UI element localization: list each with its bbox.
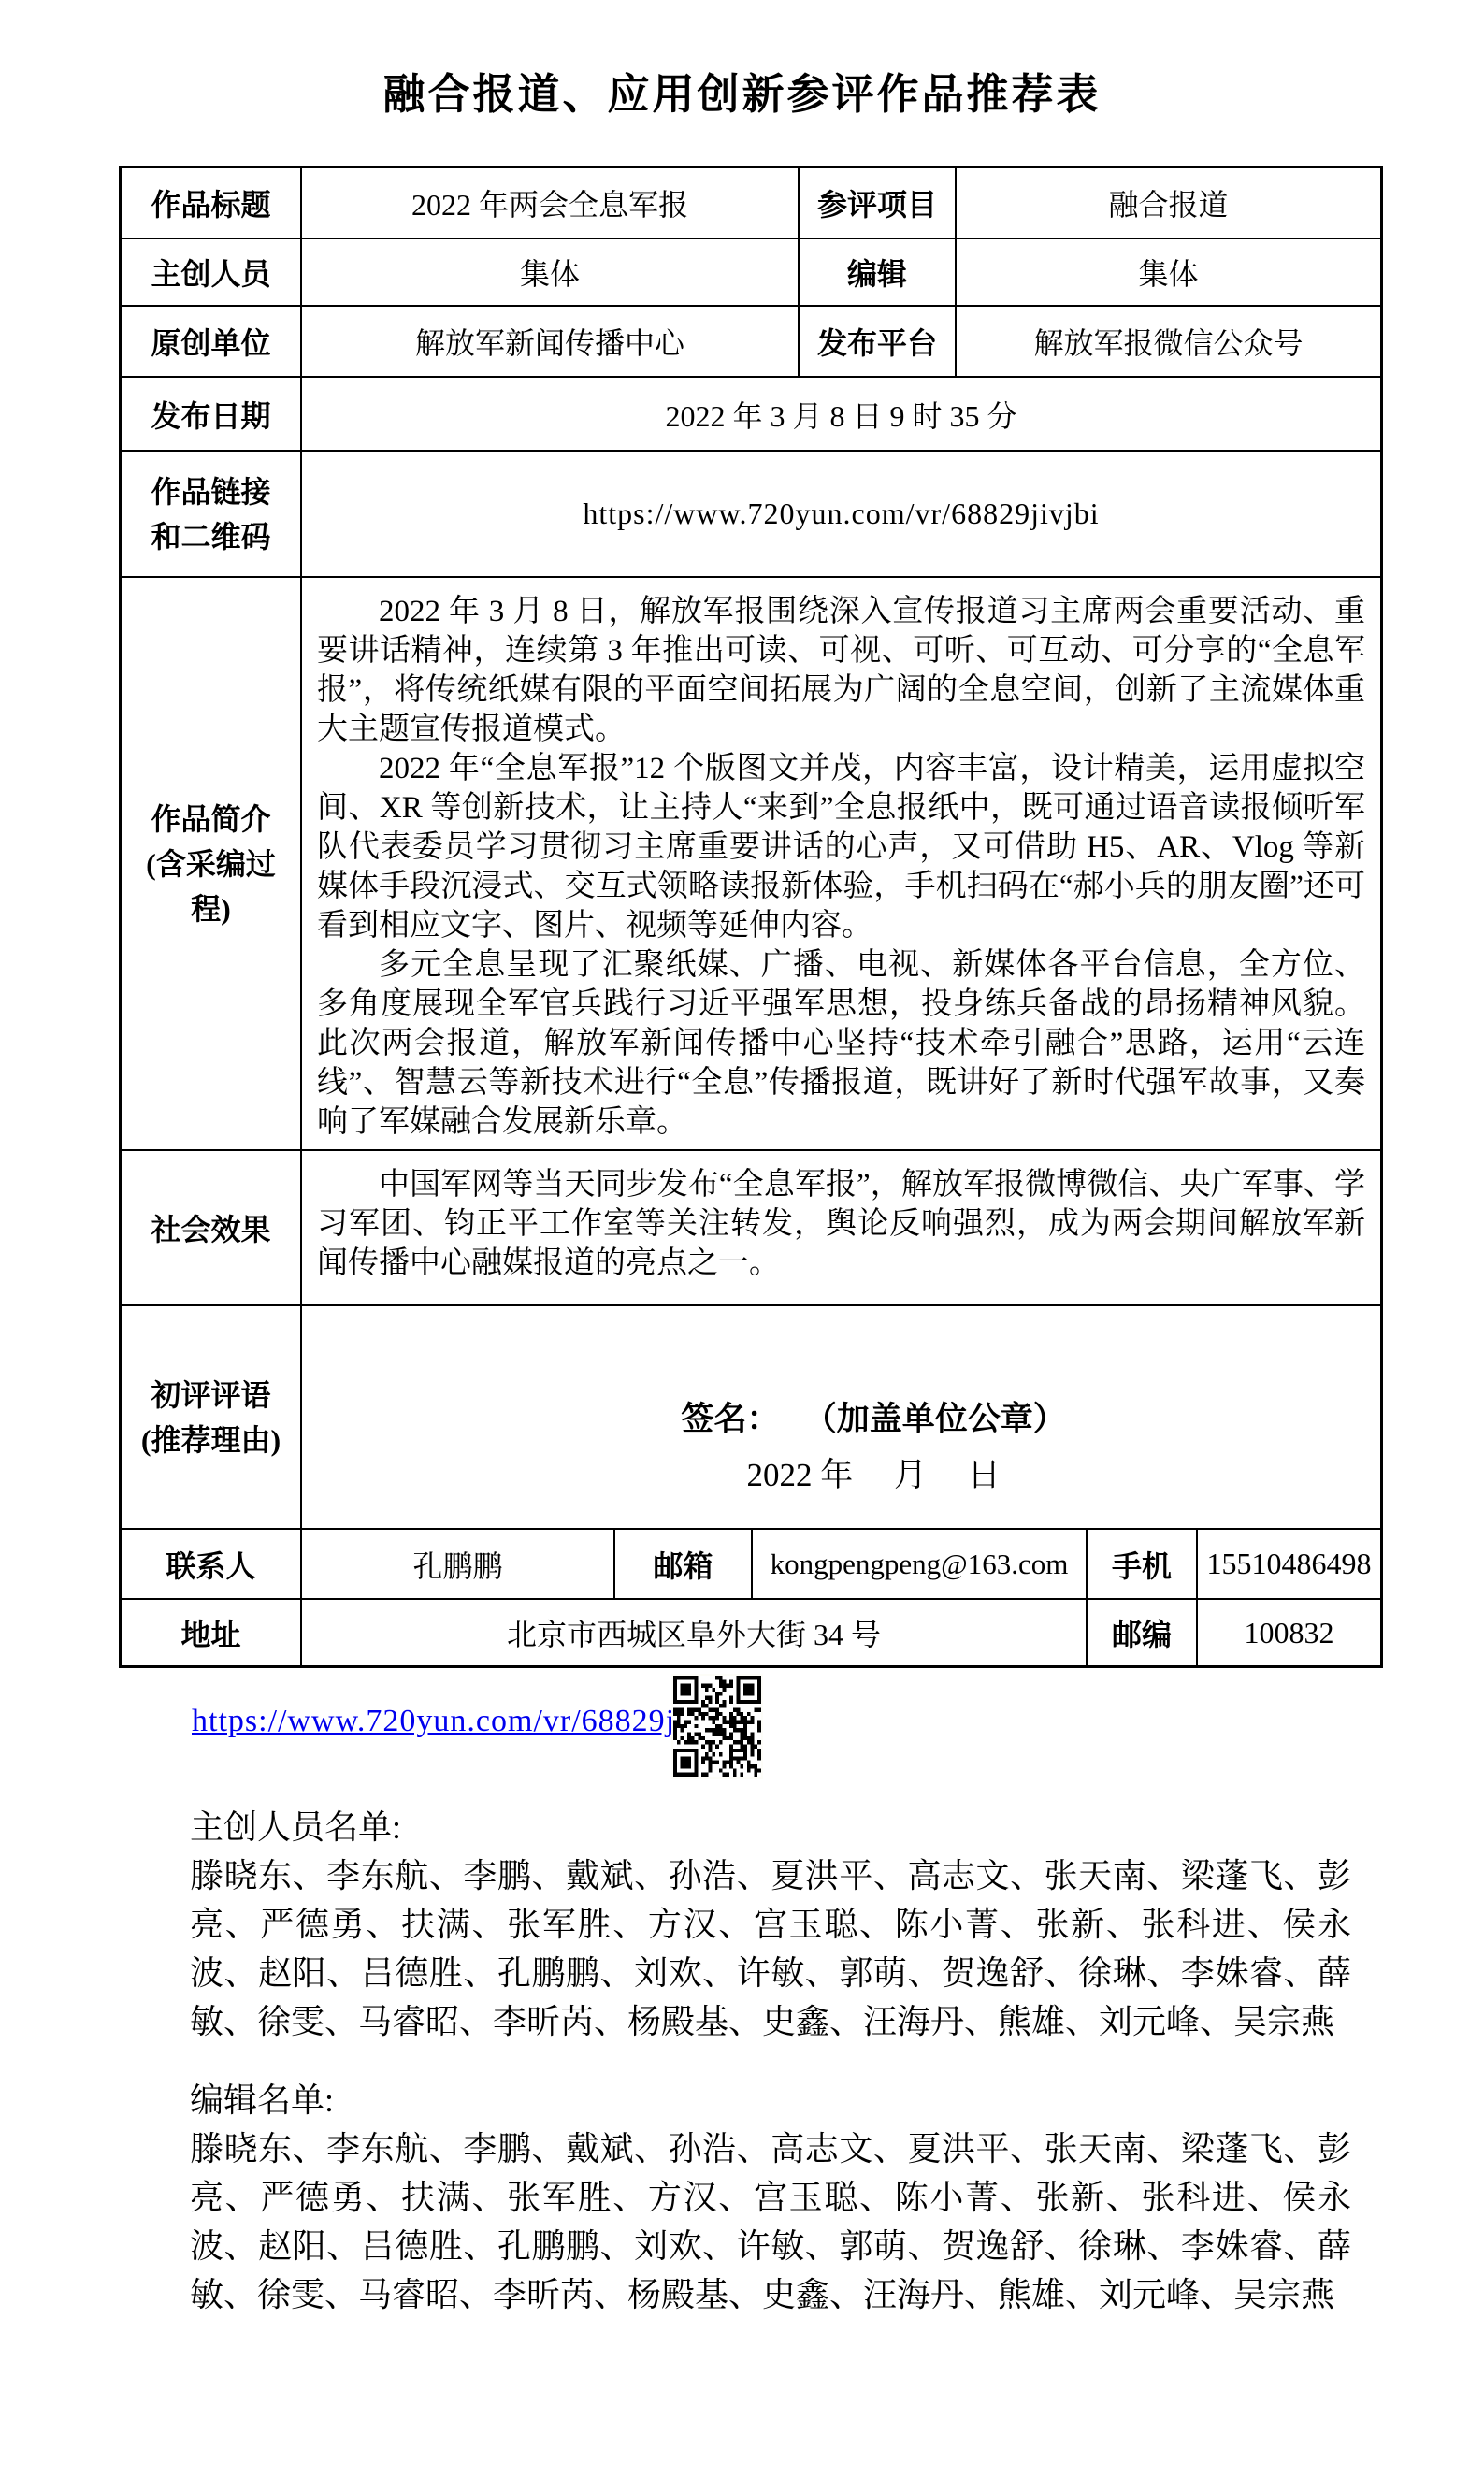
table-row: 作品链接 和二维码 https://www.720yun.com/vr/6882… <box>122 450 1380 576</box>
field-label-initial-review: 初评评语 (推荐理由) <box>122 1306 300 1528</box>
field-value-email: kongpengpeng@163.com <box>751 1530 1086 1598</box>
field-label-editor: 编辑 <box>798 239 955 305</box>
field-label-postcode: 邮编 <box>1086 1600 1196 1665</box>
table-row: 作品简介 (含采编过 程) 2022 年 3 月 8 日，解放军报围绕深入宣传报… <box>122 576 1380 1149</box>
credits-section: 主创人员名单: 滕晓东、李东航、李鹏、戴斌、孙浩、夏洪平、高志文、张天南、梁蓬飞… <box>190 1803 1351 2319</box>
field-value-original-unit: 解放军新闻传播中心 <box>300 307 798 376</box>
editors-list-heading: 编辑名单: <box>190 2076 1351 2124</box>
field-label-mobile: 手机 <box>1086 1530 1196 1598</box>
table-row: 原创单位 解放军新闻传播中心 发布平台 解放军报微信公众号 <box>122 305 1380 376</box>
recommendation-form-table: 作品标题 2022 年两会全息军报 参评项目 融合报道 主创人员 集体 编辑 集… <box>119 166 1383 1668</box>
field-label-email: 邮箱 <box>613 1530 751 1598</box>
summary-paragraph: 2022 年 3 月 8 日，解放军报围绕深入宣传报道习主席两会重要活动、重要讲… <box>317 592 1365 749</box>
field-label-social-effect: 社会效果 <box>122 1151 300 1304</box>
field-label-address: 地址 <box>122 1600 300 1665</box>
field-label-work-link: 作品链接 和二维码 <box>122 452 300 576</box>
field-label-entry-category: 参评项目 <box>798 168 955 238</box>
field-label-contact: 联系人 <box>122 1530 300 1598</box>
field-value-publish-platform: 解放军报微信公众号 <box>955 307 1380 376</box>
field-label-work-summary: 作品简介 (含采编过 程) <box>122 578 300 1149</box>
field-value-postcode: 100832 <box>1196 1600 1380 1665</box>
field-value-contact: 孔鹏鹏 <box>300 1530 613 1598</box>
field-label-original-unit: 原创单位 <box>122 307 300 376</box>
field-value-work-title: 2022 年两会全息军报 <box>300 168 798 238</box>
field-label-creators: 主创人员 <box>122 239 300 305</box>
summary-paragraph: 多元全息呈现了汇聚纸媒、广播、电视、新媒体各平台信息，全方位、多角度展现全军官兵… <box>317 945 1365 1142</box>
creators-list-heading: 主创人员名单: <box>190 1803 1351 1851</box>
table-row: 社会效果 中国军网等当天同步发布“全息军报”，解放军报微博微信、央广军事、学习军… <box>122 1149 1380 1304</box>
summary-paragraph: 2022 年“全息军报”12 个版图文并茂，内容丰富，设计精美，运用虚拟空间、X… <box>317 749 1365 945</box>
signature-line: 签名： （加盖单位公章） <box>626 1396 1121 1443</box>
table-row: 地址 北京市西城区阜外大街 34 号 邮编 100832 <box>122 1598 1380 1665</box>
field-label-work-title: 作品标题 <box>122 168 300 238</box>
page-title: 融合报道、应用创新参评作品推荐表 <box>0 60 1484 121</box>
table-row: 发布日期 2022 年 3 月 8 日 9 时 35 分 <box>122 376 1380 450</box>
field-value-creators: 集体 <box>300 239 798 305</box>
social-effect-paragraph: 中国军网等当天同步发布“全息军报”，解放军报微博微信、央广军事、学习军团、钧正平… <box>317 1165 1365 1283</box>
table-row: 主创人员 集体 编辑 集体 <box>122 238 1380 305</box>
field-value-work-link: https://www.720yun.com/vr/68829jivjbi <box>300 452 1380 576</box>
field-value-publish-date: 2022 年 3 月 8 日 9 时 35 分 <box>300 378 1380 450</box>
qr-code <box>671 1674 763 1779</box>
field-value-editor: 集体 <box>955 239 1380 305</box>
field-value-initial-review: 签名： （加盖单位公章） 2022 年 月 日 <box>300 1306 1380 1528</box>
table-row: 联系人 孔鹏鹏 邮箱 kongpengpeng@163.com 手机 15510… <box>122 1528 1380 1598</box>
field-value-mobile: 15510486498 <box>1196 1530 1380 1598</box>
editors-name-list: 滕晓东、李东航、李鹏、戴斌、孙浩、高志文、夏洪平、张天南、梁蓬飞、彭亮、严德勇、… <box>190 2124 1351 2319</box>
field-value-work-summary: 2022 年 3 月 8 日，解放军报围绕深入宣传报道习主席两会重要活动、重要讲… <box>300 578 1380 1149</box>
field-label-publish-date: 发布日期 <box>122 378 300 450</box>
table-row: 作品标题 2022 年两会全息军报 参评项目 融合报道 <box>122 168 1380 238</box>
field-label-publish-platform: 发布平台 <box>798 307 955 376</box>
table-row: 初评评语 (推荐理由) 签名： （加盖单位公章） 2022 年 月 日 <box>122 1304 1380 1528</box>
field-value-social-effect: 中国军网等当天同步发布“全息军报”，解放军报微博微信、央广军事、学习军团、钧正平… <box>300 1151 1380 1304</box>
field-value-address: 北京市西城区阜外大街 34 号 <box>300 1600 1086 1665</box>
field-value-entry-category: 融合报道 <box>955 168 1380 238</box>
creators-name-list: 滕晓东、李东航、李鹏、戴斌、孙浩、夏洪平、高志文、张天南、梁蓬飞、彭亮、严德勇、… <box>190 1851 1351 2046</box>
signature-date-line: 2022 年 月 日 <box>626 1452 1121 1499</box>
